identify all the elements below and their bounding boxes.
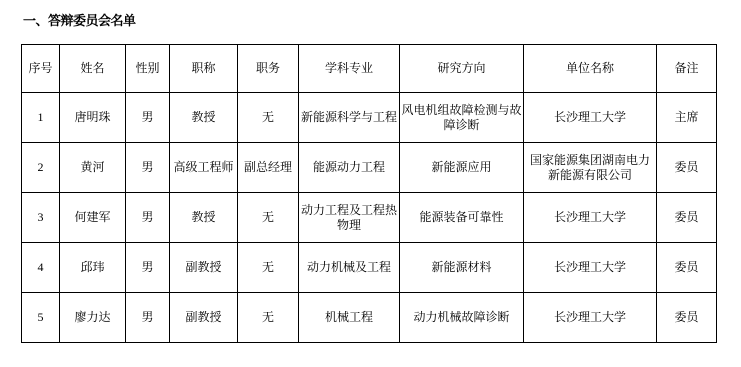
table-row: 5 廖力达 男 副教授 无 机械工程 动力机械故障诊断 长沙理工大学 委员 xyxy=(22,293,717,343)
cell-research: 新能源应用 xyxy=(400,143,524,193)
cell-title: 教授 xyxy=(170,193,238,243)
cell-gender: 男 xyxy=(126,143,170,193)
cell-remark: 委员 xyxy=(657,193,717,243)
cell-discipline: 能源动力工程 xyxy=(299,143,400,193)
cell-research: 动力机械故障诊断 xyxy=(400,293,524,343)
committee-table: 序号 姓名 性别 职称 职务 学科专业 研究方向 单位名称 备注 1 唐明珠 男… xyxy=(21,44,717,343)
cell-research: 新能源材料 xyxy=(400,243,524,293)
cell-index: 2 xyxy=(22,143,60,193)
cell-name: 邱玮 xyxy=(60,243,126,293)
cell-index: 5 xyxy=(22,293,60,343)
table-row: 1 唐明珠 男 教授 无 新能源科学与工程 风电机组故障检测与故障诊断 长沙理工… xyxy=(22,93,717,143)
cell-research: 能源装备可靠性 xyxy=(400,193,524,243)
cell-position: 无 xyxy=(238,293,299,343)
cell-name: 何建军 xyxy=(60,193,126,243)
cell-index: 3 xyxy=(22,193,60,243)
header-discipline: 学科专业 xyxy=(299,45,400,93)
header-index: 序号 xyxy=(22,45,60,93)
cell-remark: 主席 xyxy=(657,93,717,143)
cell-discipline: 动力工程及工程热物理 xyxy=(299,193,400,243)
cell-organization: 长沙理工大学 xyxy=(524,293,657,343)
cell-organization: 长沙理工大学 xyxy=(524,243,657,293)
cell-organization: 国家能源集团湖南电力新能源有限公司 xyxy=(524,143,657,193)
cell-title: 副教授 xyxy=(170,243,238,293)
header-organization: 单位名称 xyxy=(524,45,657,93)
cell-name: 黄河 xyxy=(60,143,126,193)
cell-position: 无 xyxy=(238,193,299,243)
cell-name: 廖力达 xyxy=(60,293,126,343)
cell-name: 唐明珠 xyxy=(60,93,126,143)
header-gender: 性别 xyxy=(126,45,170,93)
cell-research: 风电机组故障检测与故障诊断 xyxy=(400,93,524,143)
table-row: 4 邱玮 男 副教授 无 动力机械及工程 新能源材料 长沙理工大学 委员 xyxy=(22,243,717,293)
cell-position: 无 xyxy=(238,243,299,293)
header-name: 姓名 xyxy=(60,45,126,93)
cell-organization: 长沙理工大学 xyxy=(524,193,657,243)
cell-discipline: 动力机械及工程 xyxy=(299,243,400,293)
header-remark: 备注 xyxy=(657,45,717,93)
cell-gender: 男 xyxy=(126,93,170,143)
cell-title: 教授 xyxy=(170,93,238,143)
cell-discipline: 新能源科学与工程 xyxy=(299,93,400,143)
cell-gender: 男 xyxy=(126,243,170,293)
cell-position: 无 xyxy=(238,93,299,143)
cell-gender: 男 xyxy=(126,293,170,343)
cell-title: 高级工程师 xyxy=(170,143,238,193)
section-title: 一、答辩委员会名单 xyxy=(23,10,136,29)
cell-organization: 长沙理工大学 xyxy=(524,93,657,143)
table-row: 3 何建军 男 教授 无 动力工程及工程热物理 能源装备可靠性 长沙理工大学 委… xyxy=(22,193,717,243)
cell-remark: 委员 xyxy=(657,143,717,193)
cell-index: 4 xyxy=(22,243,60,293)
cell-discipline: 机械工程 xyxy=(299,293,400,343)
cell-remark: 委员 xyxy=(657,293,717,343)
cell-remark: 委员 xyxy=(657,243,717,293)
header-title: 职称 xyxy=(170,45,238,93)
table-header-row: 序号 姓名 性别 职称 职务 学科专业 研究方向 单位名称 备注 xyxy=(22,45,717,93)
header-position: 职务 xyxy=(238,45,299,93)
cell-gender: 男 xyxy=(126,193,170,243)
cell-title: 副教授 xyxy=(170,293,238,343)
table-row: 2 黄河 男 高级工程师 副总经理 能源动力工程 新能源应用 国家能源集团湖南电… xyxy=(22,143,717,193)
cell-index: 1 xyxy=(22,93,60,143)
header-research: 研究方向 xyxy=(400,45,524,93)
cell-position: 副总经理 xyxy=(238,143,299,193)
